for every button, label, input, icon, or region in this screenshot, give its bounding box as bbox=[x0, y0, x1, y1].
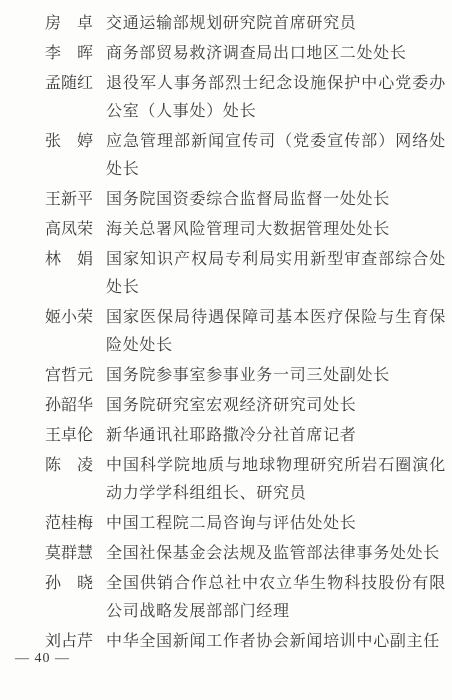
person-name: 高凤荣 bbox=[45, 216, 93, 244]
person-name: 王卓伦 bbox=[45, 422, 93, 450]
person-title: 应急管理部新闻宣传司（党委宣传部）网络处处长 bbox=[106, 128, 446, 184]
list-item: 孙 晓 全国供销合作总社中农立华生物科技股份有限公司战略发展部部门经理 bbox=[45, 570, 446, 626]
person-title: 交通运输部规划研究院首席研究员 bbox=[106, 10, 446, 38]
personnel-roster: 房 卓 交通运输部规划研究院首席研究员 李 晖 商务部贸易救济调查局出口地区二处… bbox=[0, 0, 452, 656]
person-title: 中国科学院地质与地球物理研究所岩石圈演化动力学学科组组长、研究员 bbox=[106, 452, 446, 508]
list-item: 林 娟 国家知识产权局专利局实用新型审查部综合处处长 bbox=[45, 246, 446, 302]
list-item: 孙韶华 国务院研究室宏观经济研究司处长 bbox=[45, 392, 446, 420]
list-item: 宫哲元 国务院参事室参事业务一司三处副处长 bbox=[45, 362, 446, 390]
person-name: 孙 晓 bbox=[45, 570, 93, 598]
list-item: 李 晖 商务部贸易救济调查局出口地区二处处长 bbox=[45, 40, 446, 68]
page-number: — 40 — bbox=[15, 651, 70, 667]
person-title: 国务院研究室宏观经济研究司处长 bbox=[106, 392, 446, 420]
list-item: 刘占芹 中华全国新闻工作者协会新闻培训中心副主任 bbox=[45, 628, 446, 656]
person-name: 范桂梅 bbox=[45, 510, 93, 538]
person-name: 姬小荣 bbox=[45, 304, 93, 332]
list-item: 张 婷 应急管理部新闻宣传司（党委宣传部）网络处处长 bbox=[45, 128, 446, 184]
list-item: 孟随红 退役军人事务部烈士纪念设施保护中心党委办公室（人事处）处长 bbox=[45, 70, 446, 126]
person-title: 新华通讯社耶路撒冷分社首席记者 bbox=[106, 422, 446, 450]
person-name: 张 婷 bbox=[45, 128, 93, 156]
person-name: 莫群慧 bbox=[45, 540, 93, 568]
person-title: 中华全国新闻工作者协会新闻培训中心副主任 bbox=[106, 628, 446, 656]
person-title: 国家医保局待遇保障司基本医疗保险与生育保险处处长 bbox=[106, 304, 446, 360]
person-title: 商务部贸易救济调查局出口地区二处处长 bbox=[106, 40, 446, 68]
person-title: 海关总署风险管理司大数据管理处处长 bbox=[106, 216, 446, 244]
list-item: 王新平 国务院国资委综合监督局监督一处处长 bbox=[45, 186, 446, 214]
list-item: 莫群慧 全国社保基金会法规及监管部法律事务处处长 bbox=[45, 540, 446, 568]
person-name: 陈 凌 bbox=[45, 452, 93, 480]
list-item: 房 卓 交通运输部规划研究院首席研究员 bbox=[45, 10, 446, 38]
person-name: 孟随红 bbox=[45, 70, 93, 98]
person-title: 国务院参事室参事业务一司三处副处长 bbox=[106, 362, 446, 390]
person-title: 全国供销合作总社中农立华生物科技股份有限公司战略发展部部门经理 bbox=[106, 570, 446, 626]
person-name: 宫哲元 bbox=[45, 362, 93, 390]
list-item: 高凤荣 海关总署风险管理司大数据管理处处长 bbox=[45, 216, 446, 244]
list-item: 姬小荣 国家医保局待遇保障司基本医疗保险与生育保险处处长 bbox=[45, 304, 446, 360]
person-title: 中国工程院二局咨询与评估处处长 bbox=[106, 510, 446, 538]
person-name: 房 卓 bbox=[45, 10, 93, 38]
person-title: 国家知识产权局专利局实用新型审查部综合处处长 bbox=[106, 246, 446, 302]
person-name: 李 晖 bbox=[45, 40, 93, 68]
list-item: 陈 凌 中国科学院地质与地球物理研究所岩石圈演化动力学学科组组长、研究员 bbox=[45, 452, 446, 508]
person-title: 退役军人事务部烈士纪念设施保护中心党委办公室（人事处）处长 bbox=[106, 70, 446, 126]
person-title: 全国社保基金会法规及监管部法律事务处处长 bbox=[106, 540, 446, 568]
list-item: 范桂梅 中国工程院二局咨询与评估处处长 bbox=[45, 510, 446, 538]
list-item: 王卓伦 新华通讯社耶路撒冷分社首席记者 bbox=[45, 422, 446, 450]
person-name: 林 娟 bbox=[45, 246, 93, 274]
person-name: 王新平 bbox=[45, 186, 93, 214]
person-title: 国务院国资委综合监督局监督一处处长 bbox=[106, 186, 446, 214]
document-page: 房 卓 交通运输部规划研究院首席研究员 李 晖 商务部贸易救济调查局出口地区二处… bbox=[0, 0, 452, 700]
person-name: 孙韶华 bbox=[45, 392, 93, 420]
